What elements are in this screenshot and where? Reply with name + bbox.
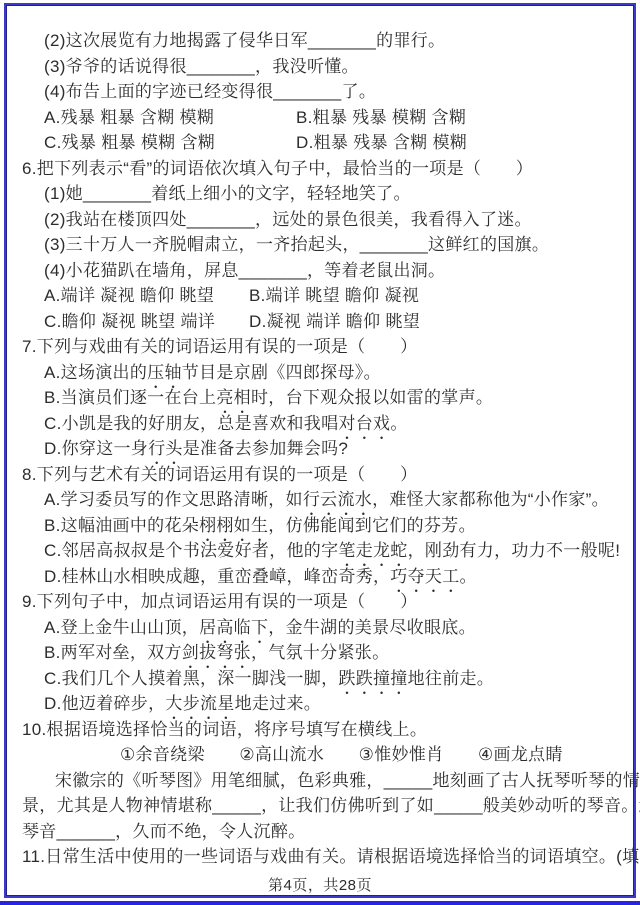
question-subitem: (3)三十万人一齐脱帽肃立，一齐抬起头，_______这鲜红的国旗。 xyxy=(22,232,632,258)
question-subitem: C.邻居高叔叔是个书法爱好者，他的字笔走龙蛇，刚劲有力，功力不一般呢! xyxy=(22,538,632,564)
text-run: 7.下列与戏曲有关的词语运用有误的一项是（ ） xyxy=(22,337,417,356)
text-run: (3)爷爷的话说得很_______，我没听懂。 xyxy=(44,57,359,76)
text-run: 6.把下列表示“看”的词语依次填入句子中，最恰当的一项是（ ） xyxy=(22,159,533,178)
option-row: A.残暴 粗暴 含糊 模糊B.粗暴 残暴 模糊 含糊 xyxy=(22,105,632,131)
text-run: 10.根据语境选择恰当的词语，将序号填写在横线上。 xyxy=(22,720,427,739)
emphasized-word: 剑拔弩张 xyxy=(182,643,251,662)
emphasized-word: 居高临下 xyxy=(199,618,268,637)
page-footer: 第4页，共28页 xyxy=(0,874,640,895)
question-stem: 9.下列句子中，加点词语运用有误的一项是（ ） xyxy=(22,589,632,615)
text-run: 景，尤其是人物神情堪称_____，让我们仿佛听到了如_____般美妙动听的琴音。… xyxy=(22,796,640,815)
exam-content: (2)这次展览有力地揭露了侵华日军_______的罪行。(3)爷爷的话说得很__… xyxy=(22,28,632,870)
text-run: C.我们几个人摸着黑，深一脚浅一脚， xyxy=(44,669,338,688)
text-run: ，刚劲有力，功力不一般呢! xyxy=(408,541,621,560)
option-row: C.残暴 粗暴 模糊 含糊D.粗暴 残暴 含糊 模糊 xyxy=(22,130,632,156)
text-run: 11.日常生活中使用的一些词语与戏曲有关。请根据语境选择恰当的词语填空。(填 xyxy=(22,847,639,866)
emphasized-word: 栩栩如生 xyxy=(199,516,268,535)
paragraph-line: 宋徽宗的《听琴图》用笔细腻，色彩典雅，_____地刻画了古人抚琴听琴的情 xyxy=(22,768,632,794)
question-subitem: (1)她_______着纸上细小的文字，轻轻地笑了。 xyxy=(22,181,632,207)
word-bank: ①余音绕梁 ②高山流水 ③惟妙惟肖 ④画龙点睛 xyxy=(22,742,632,768)
text-run: ，气氛十分紧张。 xyxy=(251,643,389,662)
emphasized-word: 跌跌撞撞 xyxy=(338,669,407,688)
text-run: A.这场演出的 xyxy=(44,363,147,382)
text-run: 地走过来。 xyxy=(235,694,322,713)
emphasized-word: 压轴 xyxy=(147,363,182,382)
question-subitem: (2)这次展览有力地揭露了侵华日军_______的罪行。 xyxy=(22,28,632,54)
question-subitem: (2)我站在楼顶四处_______，远处的景色很美，我看得入了迷。 xyxy=(22,207,632,233)
question-stem: 6.把下列表示“看”的词语依次填入句子中，最恰当的一项是（ ） xyxy=(22,156,632,182)
text-run: 地往前走。 xyxy=(408,669,495,688)
text-run: B.当演员们逐一在台上 xyxy=(44,388,216,407)
question-subitem: D.他迈着碎步，大步流星地走过来。 xyxy=(22,691,632,717)
question-subitem: D.你穿这一身行头是准备去参加舞会吗? xyxy=(22,436,632,462)
text-run: 节目是京剧《四郎探母》。 xyxy=(182,363,381,382)
question-subitem: (4)布告上面的字迹已经变得很_______了。 xyxy=(22,79,632,105)
paragraph-line: 琴音______，久而不绝，令人沉醉。 xyxy=(22,819,632,845)
question-stem: 11.日常生活中使用的一些词语与戏曲有关。请根据语境选择恰当的词语填空。(填 xyxy=(22,844,632,870)
option-row: A.端详 凝视 瞻仰 眺望B.端详 眺望 瞻仰 凝视 xyxy=(22,283,632,309)
text-run: (1)她_______着纸上细小的文字，轻轻地笑了。 xyxy=(44,184,411,203)
text-run: B.两军对垒，双方 xyxy=(44,643,182,662)
emphasized-word: 行云流水 xyxy=(303,490,372,509)
emphasized-word: 大步流星 xyxy=(165,694,234,713)
emphasized-word: 对台戏 xyxy=(338,414,390,433)
paragraph-line: 景，尤其是人物神情堪称_____，让我们仿佛听到了如_____般美妙动听的琴音。… xyxy=(22,793,632,819)
emphasized-word: 行头 xyxy=(148,439,183,458)
text-run: (3)三十万人一齐脱帽肃立，一齐抬起头，_______这鲜红的国旗。 xyxy=(44,235,549,254)
text-run: ，难怪大家都称他为“小作家”。 xyxy=(372,490,609,509)
bottom-edge-bar xyxy=(0,901,640,905)
question-subitem: A.这场演出的压轴节目是京剧《四郎探母》。 xyxy=(22,360,632,386)
text-run: (2)我站在楼顶四处_______，远处的景色很美，我看得入了迷。 xyxy=(44,210,532,229)
question-subitem: C.我们几个人摸着黑，深一脚浅一脚，跌跌撞撞地往前走。 xyxy=(22,666,632,692)
question-subitem: (4)小花猫趴在墙角，屏息_______，等着老鼠出洞。 xyxy=(22,258,632,284)
option-cell: A.残暴 粗暴 含糊 模糊 xyxy=(44,105,296,131)
text-run: 。 xyxy=(460,567,477,586)
text-run: (4)布告上面的字迹已经变得很_______了。 xyxy=(44,82,376,101)
text-run: 9.下列句子中，加点词语运用有误的一项是（ ） xyxy=(22,592,417,611)
question-stem: 7.下列与戏曲有关的词语运用有误的一项是（ ） xyxy=(22,334,632,360)
text-run: A.登上金牛山山顶， xyxy=(44,618,199,637)
text-run: 。 xyxy=(390,414,407,433)
emphasized-word: 亮相 xyxy=(216,388,251,407)
text-run: 是准备去参加舞会吗? xyxy=(183,439,348,458)
option-cell: C.残暴 粗暴 模糊 含糊 xyxy=(44,130,296,156)
text-run: ①余音绕梁 ②高山流水 ③惟妙惟肖 ④画龙点睛 xyxy=(120,745,563,764)
option-cell: D.凝视 端详 瞻仰 眺望 xyxy=(249,309,420,335)
option-cell: D.粗暴 残暴 含糊 模糊 xyxy=(296,130,467,156)
text-run: 琴音______，久而不绝，令人沉醉。 xyxy=(22,822,305,841)
text-run: A.学习委员写的作文思路清晰，如 xyxy=(44,490,303,509)
option-row: C.瞻仰 凝视 眺望 端详D.凝视 端详 瞻仰 眺望 xyxy=(22,309,632,335)
text-run: (2)这次展览有力地揭露了侵华日军_______的罪行。 xyxy=(44,31,445,50)
option-cell: C.瞻仰 凝视 眺望 端详 xyxy=(44,309,249,335)
question-subitem: (3)爷爷的话说得很_______，我没听懂。 xyxy=(22,54,632,80)
text-run: C.小凯是我的好朋友，总是喜欢和我唱 xyxy=(44,414,338,433)
question-subitem: C.小凯是我的好朋友，总是喜欢和我唱对台戏。 xyxy=(22,411,632,437)
question-subitem: A.学习委员写的作文思路清晰，如行云流水，难怪大家都称他为“小作家”。 xyxy=(22,487,632,513)
text-run: D.桂林山水相映成趣，重峦叠嶂，峰峦奇秀， xyxy=(44,567,390,586)
option-cell: B.端详 眺望 瞻仰 凝视 xyxy=(249,283,419,309)
option-cell: B.粗暴 残暴 模糊 含糊 xyxy=(296,105,466,131)
text-run: 时，台下观众报以如雷的掌声。 xyxy=(251,388,493,407)
text-run: 8.下列与艺术有关的词语运用有误的一项是（ ） xyxy=(22,465,417,484)
text-run: D.他迈着碎步， xyxy=(44,694,165,713)
text-run: ，仿佛能闻到它们的芬芳。 xyxy=(268,516,476,535)
option-cell: A.端详 凝视 瞻仰 眺望 xyxy=(44,283,249,309)
question-subitem: A.登上金牛山山顶，居高临下，金牛湖的美景尽收眼底。 xyxy=(22,615,632,641)
text-run: C.邻居高叔叔是个书法爱好者，他的字 xyxy=(44,541,338,560)
emphasized-word: 笔走龙蛇 xyxy=(338,541,407,560)
question-subitem: D.桂林山水相映成趣，重峦叠嶂，峰峦奇秀，巧夺天工。 xyxy=(22,564,632,590)
question-stem: 10.根据语境选择恰当的词语，将序号填写在横线上。 xyxy=(22,717,632,743)
text-run: 宋徽宗的《听琴图》用笔细腻，色彩典雅，_____地刻画了古人抚琴听琴的情 xyxy=(55,771,640,790)
question-subitem: B.这幅油画中的花朵栩栩如生，仿佛能闻到它们的芬芳。 xyxy=(22,513,632,539)
question-subitem: B.两军对垒，双方剑拔弩张，气氛十分紧张。 xyxy=(22,640,632,666)
question-stem: 8.下列与艺术有关的词语运用有误的一项是（ ） xyxy=(22,462,632,488)
question-subitem: B.当演员们逐一在台上亮相时，台下观众报以如雷的掌声。 xyxy=(22,385,632,411)
text-run: B.这幅油画中的花朵 xyxy=(44,516,199,535)
text-run: D.你穿这一身 xyxy=(44,439,148,458)
text-run: ，金牛湖的美景尽收眼底。 xyxy=(268,618,476,637)
text-run: (4)小花猫趴在墙角，屏息_______，等着老鼠出洞。 xyxy=(44,261,445,280)
emphasized-word: 巧夺天工 xyxy=(390,567,459,586)
